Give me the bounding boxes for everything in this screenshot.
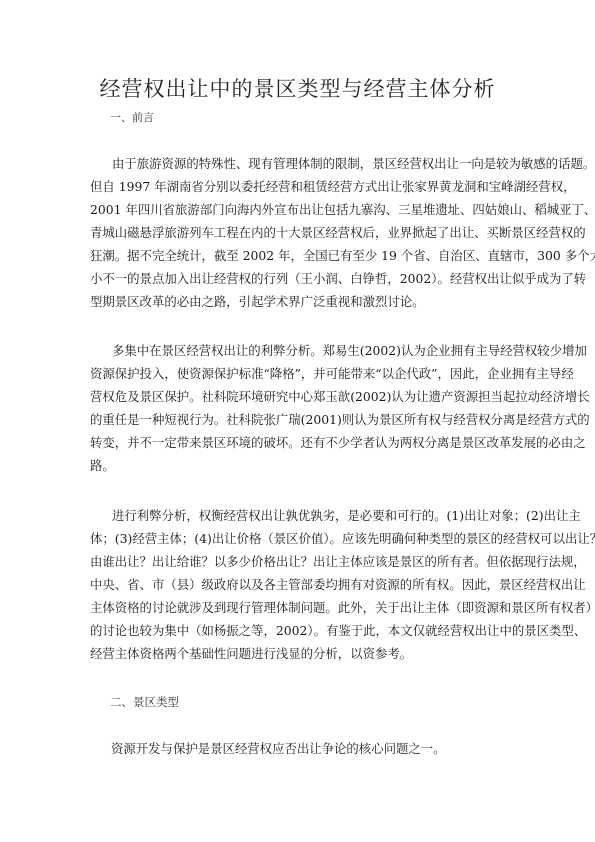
paragraph-line: 转变，并不一定带来景区环境的破坏。还有不少学者认为两权分离是景区改革发展的必由之 <box>90 431 508 454</box>
paragraph-2: 多集中在景区经营权出让的利弊分析。郑易生(2002)认为企业拥有主导经营权较少增… <box>90 339 508 477</box>
paragraph-4: 资源开发与保护是景区经营权应否出让争论的核心问题之一。 <box>111 737 446 760</box>
section-heading-scenic-area-types: 二、景区类型 <box>110 695 179 709</box>
paragraph-line: 的重任是一种短视行为。社科院张广瑞(2001)则认为景区所有权与经营权分离是经营… <box>90 408 508 431</box>
paragraph-line: 2001 年四川省旅游部门向海内外宣布出让包括九寨沟、三星堆遗址、四姑娘山、稻城… <box>90 198 508 221</box>
paragraph-line: 由于旅游资源的特殊性、现有管理体制的限制，景区经营权出让一向是较为敏感的话题。 <box>90 152 508 175</box>
paragraph-line: 营权危及景区保护。社科院环境研究中心郑玉歆(2002)认为让遗产资源担当起拉动经… <box>90 385 508 408</box>
paragraph-line: 多集中在景区经营权出让的利弊分析。郑易生(2002)认为企业拥有主导经营权较少增… <box>90 339 508 362</box>
paragraph-line: 狂潮。据不完全统计，截至 2002 年，全国已有至少 19 个省、自治区、直辖市… <box>90 244 508 267</box>
section-heading-introduction: 一、前言 <box>110 111 154 125</box>
paragraph-line: 但自 1997 年湖南省分别以委托经营和租赁经营方式出让张家界黄龙洞和宝峰湖经营… <box>90 175 508 198</box>
paragraph-line: 进行利弊分析，权衡经营权出让孰优孰劣，是必要和可行的。(1)出让对象；(2)出让… <box>90 504 508 527</box>
paragraph-line: 经营主体资格两个基础性问题进行浅显的分析，以资参考。 <box>90 642 508 665</box>
paragraph-line: 路。 <box>90 454 508 477</box>
paragraph-line: 体；(3)经营主体；(4)出让价格（景区价值）。应该先明确何种类型的景区的经营权… <box>90 527 508 550</box>
paragraph-line: 中央、省、市（县）级政府以及各主管部委均拥有对资源的所有权。因此，景区经营权出让 <box>90 573 508 596</box>
paragraph-line: 型期景区改革的必由之路，引起学术界广泛重视和激烈讨论。 <box>90 290 508 313</box>
document-title: 经营权出让中的景区类型与经营主体分析 <box>0 76 595 102</box>
paragraph-line: 主体资格的讨论就涉及到现行管理体制问题。此外，关于出让主体（即资源和景区所有权者… <box>90 596 508 619</box>
paragraph-1: 由于旅游资源的特殊性、现有管理体制的限制，景区经营权出让一向是较为敏感的话题。 … <box>90 152 508 313</box>
paragraph-3: 进行利弊分析，权衡经营权出让孰优孰劣，是必要和可行的。(1)出让对象；(2)出让… <box>90 504 508 665</box>
paragraph-line: 由谁出让？出让给谁？以多少价格出让？出让主体应该是景区的所有者。但依据现行法规， <box>90 550 508 573</box>
paragraph-line: 青城山磁悬浮旅游列车工程在内的十大景区经营权后，业界掀起了出让、买断景区经营权的 <box>90 221 508 244</box>
paragraph-line: 资源保护投入，使资源保护标准“降格”，并可能带来“以企代政”，因此，企业拥有主导… <box>90 362 508 385</box>
paragraph-line: 小不一的景点加入出让经营权的行列（王小润、白铮哲，2002）。经营权出让似乎成为… <box>90 267 508 290</box>
paragraph-line: 的讨论也较为集中（如杨振之等，2002）。有鉴于此，本文仅就经营权出让中的景区类… <box>90 619 508 642</box>
